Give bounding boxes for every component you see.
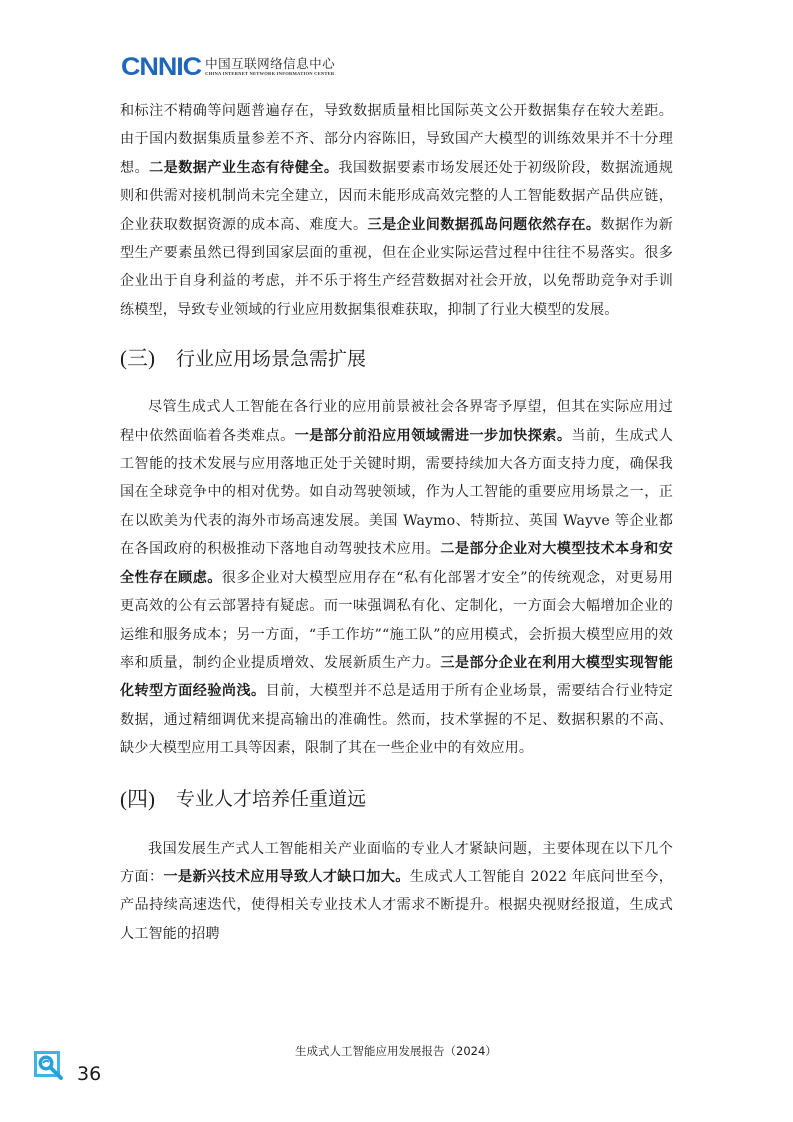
text-run: 当前，生成式人工智能的技术发展与应用落地正处于关键时期，需要持续加大各方面支持力… bbox=[120, 428, 673, 558]
cnnic-logo-text: 中国互联网络信息中心 CHINA INTERNET NETWORK INFORM… bbox=[205, 57, 335, 77]
search-magnifier-icon bbox=[34, 1051, 64, 1081]
org-name-en: CHINA INTERNET NETWORK INFORMATION CENTE… bbox=[205, 71, 335, 77]
org-name-cn: 中国互联网络信息中心 bbox=[205, 57, 335, 71]
page-number: 36 bbox=[77, 1063, 101, 1085]
report-title: 生成式人工智能应用发展报告（2024） bbox=[295, 1043, 497, 1059]
paragraph-talent-training: 我国发展生产式人工智能相关产业面临的专业人才紧缺问题，主要体现在以下几个方面：一… bbox=[120, 835, 673, 949]
cnnic-logo-mark: CNNIC bbox=[121, 54, 201, 80]
bold-point: 二是数据产业生态有待健全。 bbox=[149, 160, 338, 176]
document-body: 和标注不精确等问题普遍存在，导致数据质量相比国际英文公开数据集存在较大差距。由于… bbox=[120, 97, 673, 948]
section-number: (三) bbox=[120, 342, 176, 372]
section-title: 专业人才培养任重道远 bbox=[176, 784, 366, 811]
paragraph-data-issues: 和标注不精确等问题普遍存在，导致数据质量相比国际英文公开数据集存在较大差距。由于… bbox=[120, 97, 673, 324]
bold-point: 一是新兴技术应用导致人才缺口加大。 bbox=[163, 869, 409, 885]
section-heading-3: (三) 行业应用场景急需扩展 bbox=[120, 342, 673, 372]
page-header: CNNIC 中国互联网络信息中心 CHINA INTERNET NETWORK … bbox=[121, 54, 335, 80]
bold-point: 三是企业间数据孤岛问题依然存在。 bbox=[368, 217, 601, 233]
section-heading-4: (四) 专业人才培养任重道远 bbox=[120, 783, 673, 813]
section-title: 行业应用场景急需扩展 bbox=[176, 344, 366, 371]
bold-point: 一是部分前沿应用领域需进一步加快探索。 bbox=[295, 428, 572, 444]
section-number: (四) bbox=[120, 783, 176, 813]
paragraph-application-scenarios: 尽管生成式人工智能在各行业的应用前景被社会各界寄予厚望，但其在实际应用过程中依然… bbox=[120, 393, 673, 762]
